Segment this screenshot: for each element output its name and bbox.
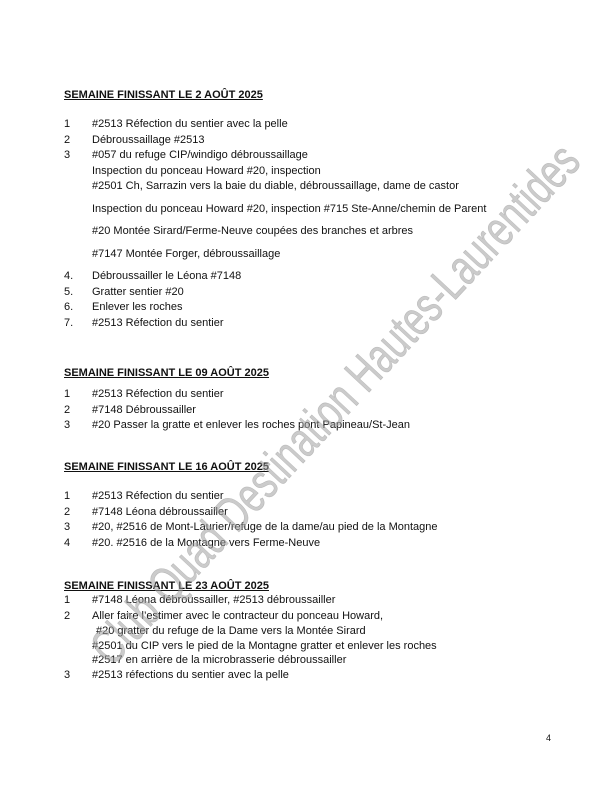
list-item: 1#2513 Réfection du sentier [64, 489, 564, 505]
item-text: #20 Passer la gratte et enlever les roch… [92, 418, 564, 434]
item-text: #057 du refuge CIP/windigo débroussailla… [92, 148, 564, 164]
item-number: 2 [64, 505, 92, 521]
item-number: 3 [64, 668, 92, 684]
list-item: 4#20. #2516 de la Montagne vers Ferme-Ne… [64, 536, 564, 552]
list-item: 2Débroussaillage #2513 [64, 133, 564, 149]
list-item: 3#2513 réfections du sentier avec la pel… [64, 668, 564, 684]
sub-line: #2501 Ch, Sarrazin vers la baie du diabl… [64, 179, 564, 195]
item-number: 1 [64, 117, 92, 133]
item-number: 4 [64, 536, 92, 552]
item-number: 4. [64, 269, 92, 285]
sub-line: #2501 du CIP vers le pied de la Montagne… [64, 639, 564, 654]
section-heading: SEMAINE FINISSANT LE 2 AOÛT 2025 [64, 88, 564, 102]
item-text: Gratter sentier #20 [92, 285, 564, 301]
list-item: 3#057 du refuge CIP/windigo débroussaill… [64, 148, 564, 164]
section-heading: SEMAINE FINISSANT LE 16 AOÛT 2025 [64, 460, 564, 474]
sub-line: Inspection du ponceau Howard #20, inspec… [64, 202, 564, 218]
week-section-aug-9: SEMAINE FINISSANT LE 09 AOÛT 2025 1#2513… [64, 366, 564, 434]
list-item: 5.Gratter sentier #20 [64, 285, 564, 301]
list-item: 6.Enlever les roches [64, 300, 564, 316]
list-item: 4.Débroussailler le Léona #7148 [64, 269, 564, 285]
item-number: 2 [64, 609, 92, 625]
item-number: 7. [64, 316, 92, 332]
item-text: #7148 Débroussailler [92, 403, 564, 419]
item-text: #7148 Léona débroussailler, #2513 débrou… [92, 593, 564, 609]
item-number: 2 [64, 403, 92, 419]
list-item: 3#20 Passer la gratte et enlever les roc… [64, 418, 564, 434]
item-number: 6. [64, 300, 92, 316]
item-number: 5. [64, 285, 92, 301]
item-number: 3 [64, 418, 92, 434]
section-heading: SEMAINE FINISSANT LE 09 AOÛT 2025 [64, 366, 564, 380]
list-item: 2#7148 Léona débroussailler [64, 505, 564, 521]
item-number: 3 [64, 520, 92, 536]
item-text: #2513 Réfection du sentier [92, 489, 564, 505]
item-text: #20, #2516 de Mont-Laurier/refuge de la … [92, 520, 564, 536]
week-section-aug-16: SEMAINE FINISSANT LE 16 AOÛT 2025 1#2513… [64, 460, 564, 551]
list-item: 1#7148 Léona débroussailler, #2513 débro… [64, 593, 564, 609]
item-text: Aller faire l’estimer avec le contracteu… [92, 609, 564, 625]
item-text: #20. #2516 de la Montagne vers Ferme-Neu… [92, 536, 564, 552]
item-number: 3 [64, 148, 92, 164]
sub-line: #20 gratter du refuge de la Dame vers la… [64, 624, 564, 639]
week-section-aug-2: SEMAINE FINISSANT LE 2 AOÛT 2025 1#2513 … [64, 88, 564, 331]
item-text: Enlever les roches [92, 300, 564, 316]
item-text: #7148 Léona débroussailler [92, 505, 564, 521]
list-item: 2Aller faire l’estimer avec le contracte… [64, 609, 564, 625]
document-page: SEMAINE FINISSANT LE 2 AOÛT 2025 1#2513 … [0, 0, 612, 792]
list-item: 3#20, #2516 de Mont-Laurier/refuge de la… [64, 520, 564, 536]
list-item: 7.#2513 Réfection du sentier [64, 316, 564, 332]
item-text: #2513 Réfection du sentier [92, 316, 564, 332]
sub-line: Inspection du ponceau Howard #20, inspec… [64, 164, 564, 180]
sub-line: #2517 en arrière de la microbrasserie dé… [64, 653, 564, 668]
item-text: #2513 Réfection du sentier avec la pelle [92, 117, 564, 133]
item-number: 2 [64, 133, 92, 149]
item-text: #2513 réfections du sentier avec la pell… [92, 668, 564, 684]
item-text: Débroussailler le Léona #7148 [92, 269, 564, 285]
week-section-aug-23: SEMAINE FINISSANT LE 23 AOÛT 2025 1#7148… [64, 579, 564, 683]
list-item: 1#2513 Réfection du sentier avec la pell… [64, 117, 564, 133]
sub-line: #7147 Montée Forger, débroussaillage [64, 247, 564, 263]
item-number: 1 [64, 489, 92, 505]
list-item: 2#7148 Débroussailler [64, 403, 564, 419]
page-number: 4 [546, 733, 551, 743]
sub-line: #20 Montée Sirard/Ferme-Neuve coupées de… [64, 224, 564, 240]
section-heading: SEMAINE FINISSANT LE 23 AOÛT 2025 [64, 579, 564, 593]
item-text: Débroussaillage #2513 [92, 133, 564, 149]
item-number: 1 [64, 593, 92, 609]
item-text: #2513 Réfection du sentier [92, 387, 564, 403]
list-item: 1#2513 Réfection du sentier [64, 387, 564, 403]
item-number: 1 [64, 387, 92, 403]
